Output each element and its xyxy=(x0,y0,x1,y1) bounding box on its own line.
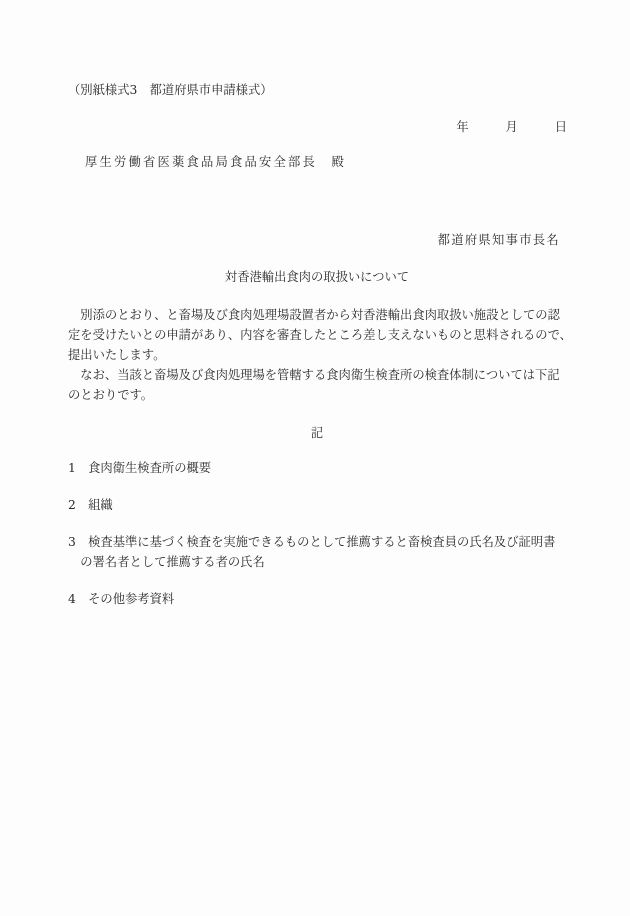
list-item-2: 2 組織 xyxy=(68,495,580,515)
document-title: 対香港輸出食肉の取扱いについて xyxy=(68,267,580,287)
recipient-line: 厚生労働省医薬食品局食品安全部長 殿 xyxy=(68,152,580,172)
date-line: 年 月 日 xyxy=(68,117,580,137)
list-header-ki: 記 xyxy=(68,423,580,443)
body-paragraph-2: なお、当該と畜場及び食肉処理場を管轄する食肉衛生検査所の検査体制については下記 … xyxy=(68,365,580,405)
list-item-4: 4 その他参考資料 xyxy=(68,589,580,609)
list-item-3: 3 検査基準に基づく検査を実施できるものとして推薦すると畜検査員の氏名及び証明書… xyxy=(68,532,580,572)
sender-name-line: 都道府県知事市長名 xyxy=(68,230,580,250)
body-paragraph-1: 別添のとおり、と畜場及び食肉処理場設置者から対香港輸出食肉取扱い施設としての認 … xyxy=(68,305,580,365)
form-label: （別紙様式3 都道府県市申請様式） xyxy=(68,80,580,100)
list-item-1: 1 食肉衛生検査所の概要 xyxy=(68,458,580,478)
document-page: （別紙様式3 都道府県市申請様式） 年 月 日 厚生労働省医薬食品局食品安全部長… xyxy=(0,0,630,916)
